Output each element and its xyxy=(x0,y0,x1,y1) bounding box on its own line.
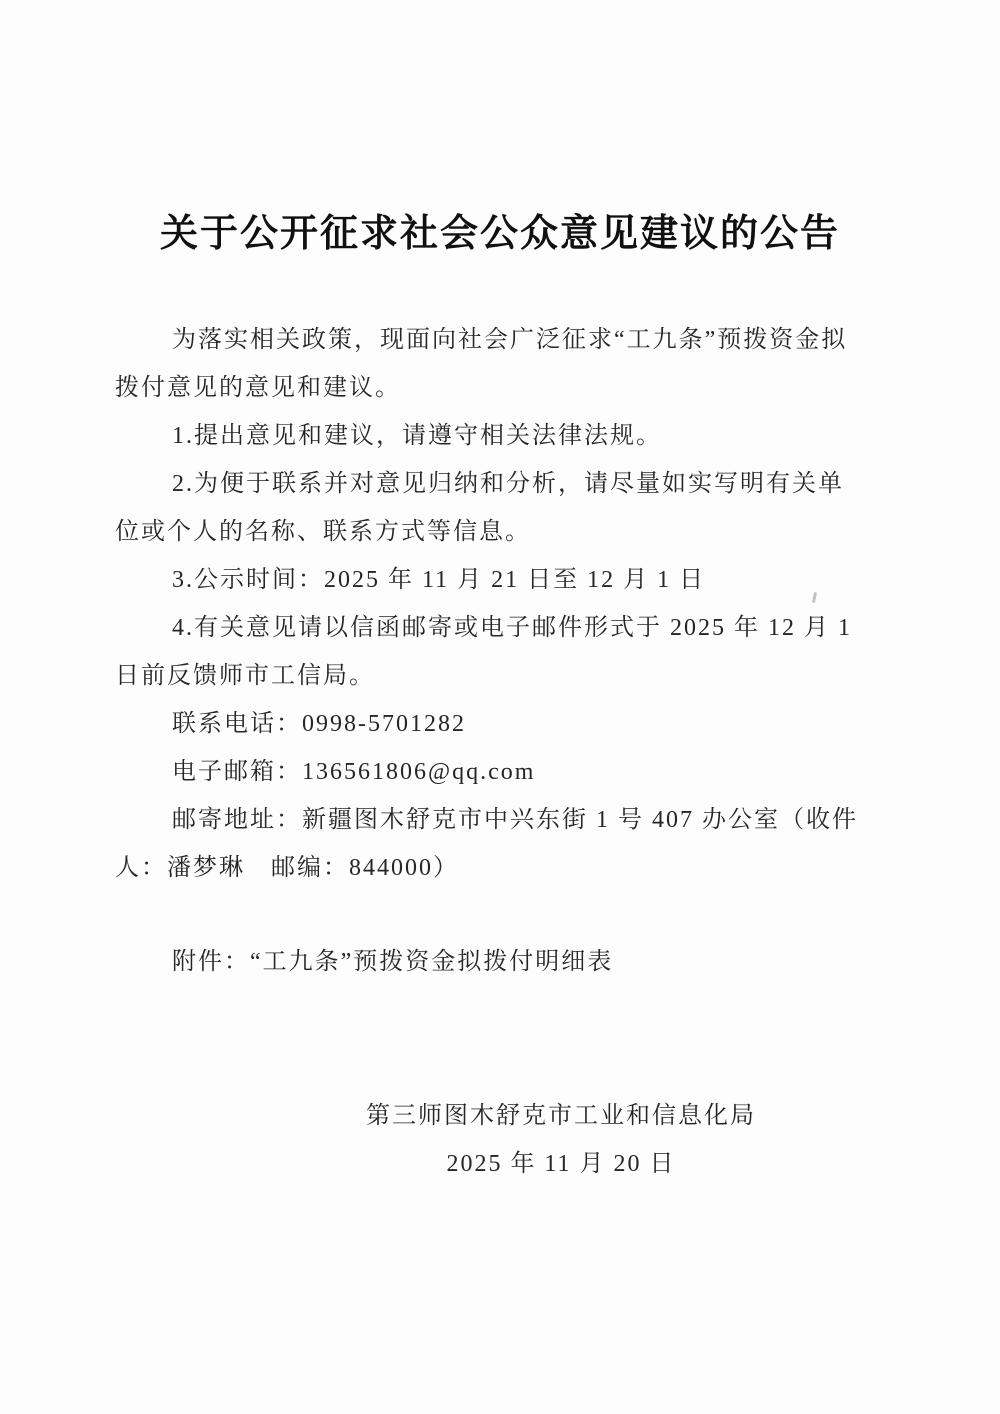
item-3-notice-period: 3.公示时间：2025 年 11 月 21 日至 12 月 1 日 xyxy=(115,556,885,604)
signature-block: 第三师图木舒克市工业和信息化局 2025 年 11 月 20 日 xyxy=(176,1092,946,1188)
signature-date: 2025 年 11 月 20 日 xyxy=(176,1140,946,1188)
contact-email-line: 电子邮箱：136561806@qq.com xyxy=(115,748,885,796)
item-1-line: 1.提出意见和建议，请遵守相关法律法规。 xyxy=(115,412,885,460)
contact-phone-line: 联系电话：0998-5701282 xyxy=(115,700,885,748)
item-2-line-2: 位或个人的名称、联系方式等信息。 xyxy=(115,508,885,556)
intro-paragraph-line-2: 拨付意见的意见和建议。 xyxy=(115,364,885,412)
document-title: 关于公开征求社会公众意见建议的公告 xyxy=(0,0,1000,258)
item-4-line-2: 日前反馈师市工信局。 xyxy=(115,652,885,700)
mailing-address-line-2: 人：潘梦琳 邮编：844000） xyxy=(115,844,885,892)
intro-paragraph-line-1: 为落实相关政策，现面向社会广泛征求“工九条”预拨资金拟 xyxy=(115,316,885,364)
mailing-address-line-1: 邮寄地址：新疆图木舒克市中兴东街 1 号 407 办公室（收件 xyxy=(115,796,885,844)
item-4-line-1: 4.有关意见请以信函邮寄或电子邮件形式于 2025 年 12 月 1 xyxy=(115,604,885,652)
document-page: 关于公开征求社会公众意见建议的公告 为落实相关政策，现面向社会广泛征求“工九条”… xyxy=(0,0,1000,1414)
item-2-line-1: 2.为便于联系并对意见归纳和分析，请尽量如实写明有关单 xyxy=(115,460,885,508)
signer-name: 第三师图木舒克市工业和信息化局 xyxy=(176,1092,946,1140)
attachment-line: 附件：“工九条”预拨资金拟拨付明细表 xyxy=(115,938,885,986)
document-body: 为落实相关政策，现面向社会广泛征求“工九条”预拨资金拟 拨付意见的意见和建议。 … xyxy=(115,316,885,892)
